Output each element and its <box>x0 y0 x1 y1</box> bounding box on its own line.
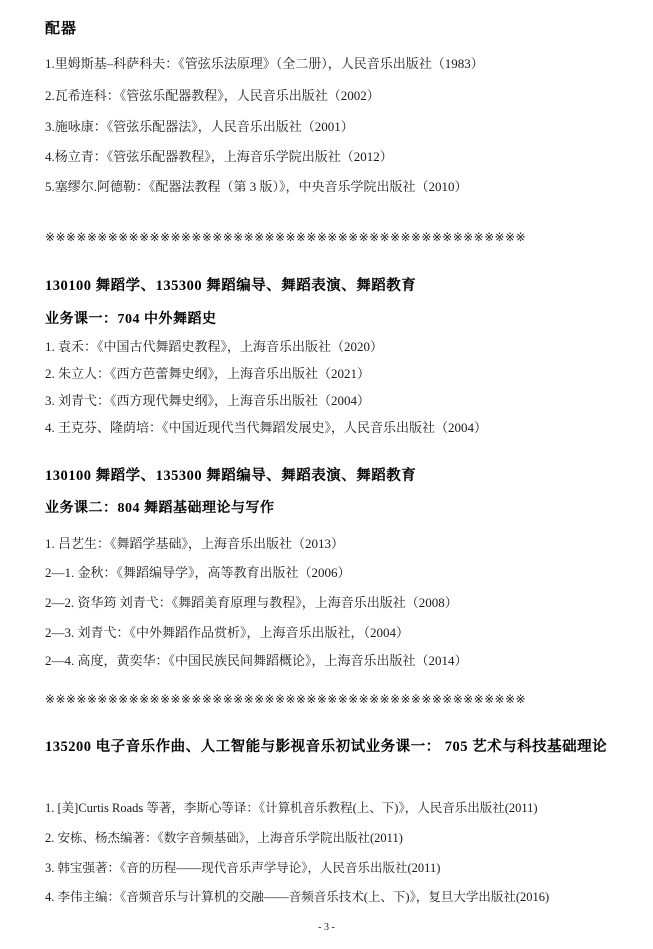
reference-item: 2—4. 高度，黄奕华：《中国民族民间舞蹈概论》，上海音乐出版社（2014） <box>45 650 468 669</box>
section-heading-electronic-music: 135200 电子音乐作曲、人工智能与影视音乐初试业务课一： 705 艺术与科技… <box>45 729 617 765</box>
reference-item: 1. [美]Curtis Roads 等著，李斯心等译：《计算机音乐教程(上、下… <box>45 798 538 816</box>
reference-item: 2.瓦希连科：《管弦乐配器教程》，人民音乐出版社（2002） <box>45 85 380 104</box>
section-divider: ※※※※※※※※※※※※※※※※※※※※※※※※※※※※※※※※※※※※※※※※… <box>45 692 612 707</box>
reference-item: 4. 李伟主编：《音频音乐与计算机的交融——音频音乐技术(上、下)》，复旦大学出… <box>45 887 549 905</box>
section-heading-orchestration: 配器 <box>45 17 77 38</box>
reference-item: 2—2. 资华筠 刘青弋：《舞蹈美育原理与教程》，上海音乐出版社（2008） <box>45 592 458 611</box>
reference-item: 3. 韩宝强著：《音的历程——现代音乐声学导论》，人民音乐出版社(2011) <box>45 858 440 876</box>
reference-item: 1. 吕艺生：《舞蹈学基础》，上海音乐出版社（2013） <box>45 533 344 552</box>
course-subheading-704: 业务课一：704 中外舞蹈史 <box>45 308 217 328</box>
reference-item: 2—1. 金秋：《舞蹈编导学》，高等教育出版社（2006） <box>45 562 351 581</box>
course-subheading-804: 业务课二：804 舞蹈基础理论与写作 <box>45 497 275 517</box>
section-divider: ※※※※※※※※※※※※※※※※※※※※※※※※※※※※※※※※※※※※※※※※… <box>45 230 612 245</box>
reference-item: 3. 刘青弋：《西方现代舞史纲》，上海音乐出版社（2004） <box>45 390 370 409</box>
reference-item: 2. 朱立人：《西方芭蕾舞史纲》，上海音乐出版社（2021） <box>45 363 370 382</box>
reference-item: 1. 袁禾：《中国古代舞蹈史教程》，上海音乐出版社（2020） <box>45 336 383 355</box>
reference-item: 2. 安栋、杨杰编著：《数字音频基础》，上海音乐学院出版社(2011) <box>45 828 403 846</box>
section-heading-dance-2: 130100 舞蹈学、135300 舞蹈编导、舞蹈表演、舞蹈教育 <box>45 464 416 485</box>
page-number: - 3 - <box>0 922 653 933</box>
reference-item: 4. 王克芬、隆荫培：《中国近现代当代舞蹈发展史》，人民音乐出版社（2004） <box>45 417 487 436</box>
reference-item: 1.里姆斯基–科萨科夫：《管弦乐法原理》（全二册），人民音乐出版社（1983） <box>45 53 484 72</box>
reference-item: 5.塞缪尔.阿德勒：《配器法教程（第 3 版）》，中央音乐学院出版社（2010） <box>45 176 468 195</box>
reference-item: 3.施咏康：《管弦乐配器法》，人民音乐出版社（2001） <box>45 116 354 135</box>
reference-item: 4.杨立青：《管弦乐配器教程》，上海音乐学院出版社（2012） <box>45 146 393 165</box>
reference-item: 2—3. 刘青弋：《中外舞蹈作品赏析》，上海音乐出版社，（2004） <box>45 622 409 641</box>
section-heading-dance-1: 130100 舞蹈学、135300 舞蹈编导、舞蹈表演、舞蹈教育 <box>45 274 416 295</box>
document-page: 配器 1.里姆斯基–科萨科夫：《管弦乐法原理》（全二册），人民音乐出版社（198… <box>0 0 653 949</box>
